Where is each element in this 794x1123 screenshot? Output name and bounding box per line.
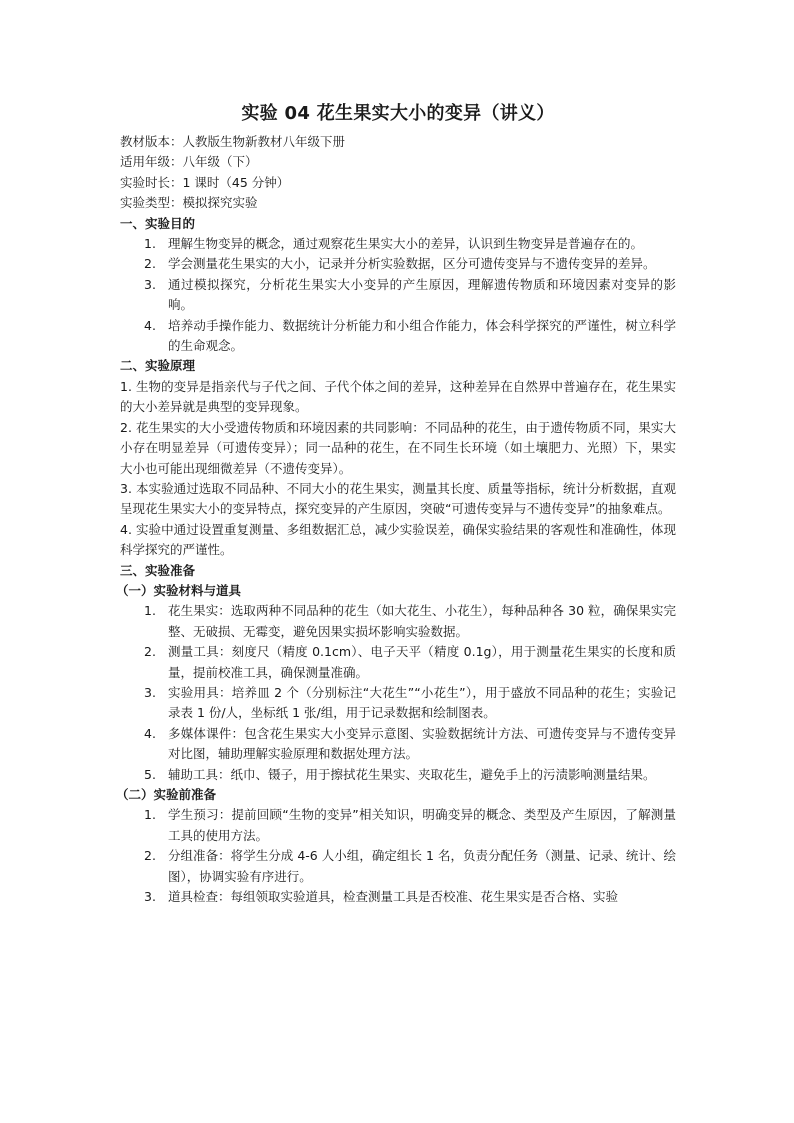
list-item: 1.学生预习：提前回顾“生物的变异”相关知识，明确变异的概念、类型及产生原因，了… [120,805,676,846]
list-text: 道具检查：每组领取实验道具，检查测量工具是否校准、花生果实是否合格、实验 [168,889,618,904]
list-number: 4. [144,316,156,336]
principle-paragraph-1: 1. 生物的变异是指亲代与子代之间、子代个体之间的差异，这种差异在自然界中普遍存… [120,377,676,418]
list-number: 4. [144,724,156,744]
list-number: 1. [144,805,156,825]
list-item: 2.分组准备：将学生分成 4-6 人小组，确定组长 1 名，负责分配任务（测量、… [120,846,676,887]
list-item: 5.辅助工具：纸巾、镊子，用于擦拭花生果实、夹取花生，避免手上的污渍影响测量结果… [120,765,676,785]
list-text: 实验用具：培养皿 2 个（分别标注“大花生”“小花生”），用于盛放不同品种的花生… [168,685,676,720]
materials-list: 1.花生果实：选取两种不同品种的花生（如大花生、小花生），每种品种各 30 粒，… [120,601,676,785]
meta-duration: 实验时长：1 课时（45 分钟） [120,173,676,193]
subsection-heading-pre-lab: （二）实验前准备 [116,785,676,805]
list-number: 2. [144,642,156,662]
list-item: 1.花生果实：选取两种不同品种的花生（如大花生、小花生），每种品种各 30 粒，… [120,601,676,642]
list-text: 学生预习：提前回顾“生物的变异”相关知识，明确变异的概念、类型及产生原因，了解测… [168,807,676,842]
list-text: 辅助工具：纸巾、镊子，用于擦拭花生果实、夹取花生，避免手上的污渍影响测量结果。 [168,767,656,782]
list-number: 3. [144,887,156,907]
subsection-heading-materials: （一）实验材料与道具 [116,581,676,601]
list-text: 培养动手操作能力、数据统计分析能力和小组合作能力，体会科学探究的严谨性，树立科学… [168,318,676,353]
list-item: 3.通过模拟探究，分析花生果实大小变异的产生原因，理解遗传物质和环境因素对变异的… [120,275,676,316]
list-text: 学会测量花生果实的大小，记录并分析实验数据，区分可遗传变异与不遗传变异的差异。 [168,256,656,271]
list-item: 2.测量工具：刻度尺（精度 0.1cm）、电子天平（精度 0.1g），用于测量花… [120,642,676,683]
document-page: 实验 04 花生果实大小的变异（讲义） 教材版本：人教版生物新教材八年级下册 适… [120,100,676,907]
list-item: 3.实验用具：培养皿 2 个（分别标注“大花生”“小花生”），用于盛放不同品种的… [120,683,676,724]
list-item: 1.理解生物变异的概念，通过观察花生果实大小的差异，认识到生物变异是普遍存在的。 [120,234,676,254]
principle-paragraph-4: 4. 实验中通过设置重复测量、多组数据汇总，减少实验误差，确保实验结果的客观性和… [120,520,676,561]
objectives-list: 1.理解生物变异的概念，通过观察花生果实大小的差异，认识到生物变异是普遍存在的。… [120,234,676,356]
list-number: 2. [144,846,156,866]
list-item: 2.学会测量花生果实的大小，记录并分析实验数据，区分可遗传变异与不遗传变异的差异… [120,254,676,274]
list-text: 测量工具：刻度尺（精度 0.1cm）、电子天平（精度 0.1g），用于测量花生果… [168,644,676,679]
section-heading-principle: 二、实验原理 [120,356,676,376]
section-heading-objectives: 一、实验目的 [120,214,676,234]
meta-type: 实验类型：模拟探究实验 [120,193,676,213]
pre-lab-list: 1.学生预习：提前回顾“生物的变异”相关知识，明确变异的概念、类型及产生原因，了… [120,805,676,907]
list-text: 理解生物变异的概念，通过观察花生果实大小的差异，认识到生物变异是普遍存在的。 [168,236,643,251]
list-number: 3. [144,275,156,295]
list-text: 花生果实：选取两种不同品种的花生（如大花生、小花生），每种品种各 30 粒，确保… [168,603,676,638]
list-text: 分组准备：将学生分成 4-6 人小组，确定组长 1 名，负责分配任务（测量、记录… [168,848,676,883]
section-heading-preparation: 三、实验准备 [120,561,676,581]
list-item: 3.道具检查：每组领取实验道具，检查测量工具是否校准、花生果实是否合格、实验 [120,887,676,907]
document-title: 实验 04 花生果实大小的变异（讲义） [120,100,676,128]
list-number: 3. [144,683,156,703]
list-text: 多媒体课件：包含花生果实大小变异示意图、实验数据统计方法、可遗传变异与不遗传变异… [168,726,676,761]
list-number: 2. [144,254,156,274]
list-item: 4.培养动手操作能力、数据统计分析能力和小组合作能力，体会科学探究的严谨性，树立… [120,316,676,357]
principle-paragraph-3: 3. 本实验通过选取不同品种、不同大小的花生果实，测量其长度、质量等指标，统计分… [120,479,676,520]
list-number: 1. [144,234,156,254]
meta-grade: 适用年级：八年级（下） [120,152,676,172]
list-number: 5. [144,765,156,785]
list-item: 4.多媒体课件：包含花生果实大小变异示意图、实验数据统计方法、可遗传变异与不遗传… [120,724,676,765]
list-number: 1. [144,601,156,621]
list-text: 通过模拟探究，分析花生果实大小变异的产生原因，理解遗传物质和环境因素对变异的影响… [168,277,676,312]
meta-textbook: 教材版本：人教版生物新教材八年级下册 [120,132,676,152]
principle-paragraph-2: 2. 花生果实的大小受遗传物质和环境因素的共同影响：不同品种的花生，由于遗传物质… [120,418,676,479]
